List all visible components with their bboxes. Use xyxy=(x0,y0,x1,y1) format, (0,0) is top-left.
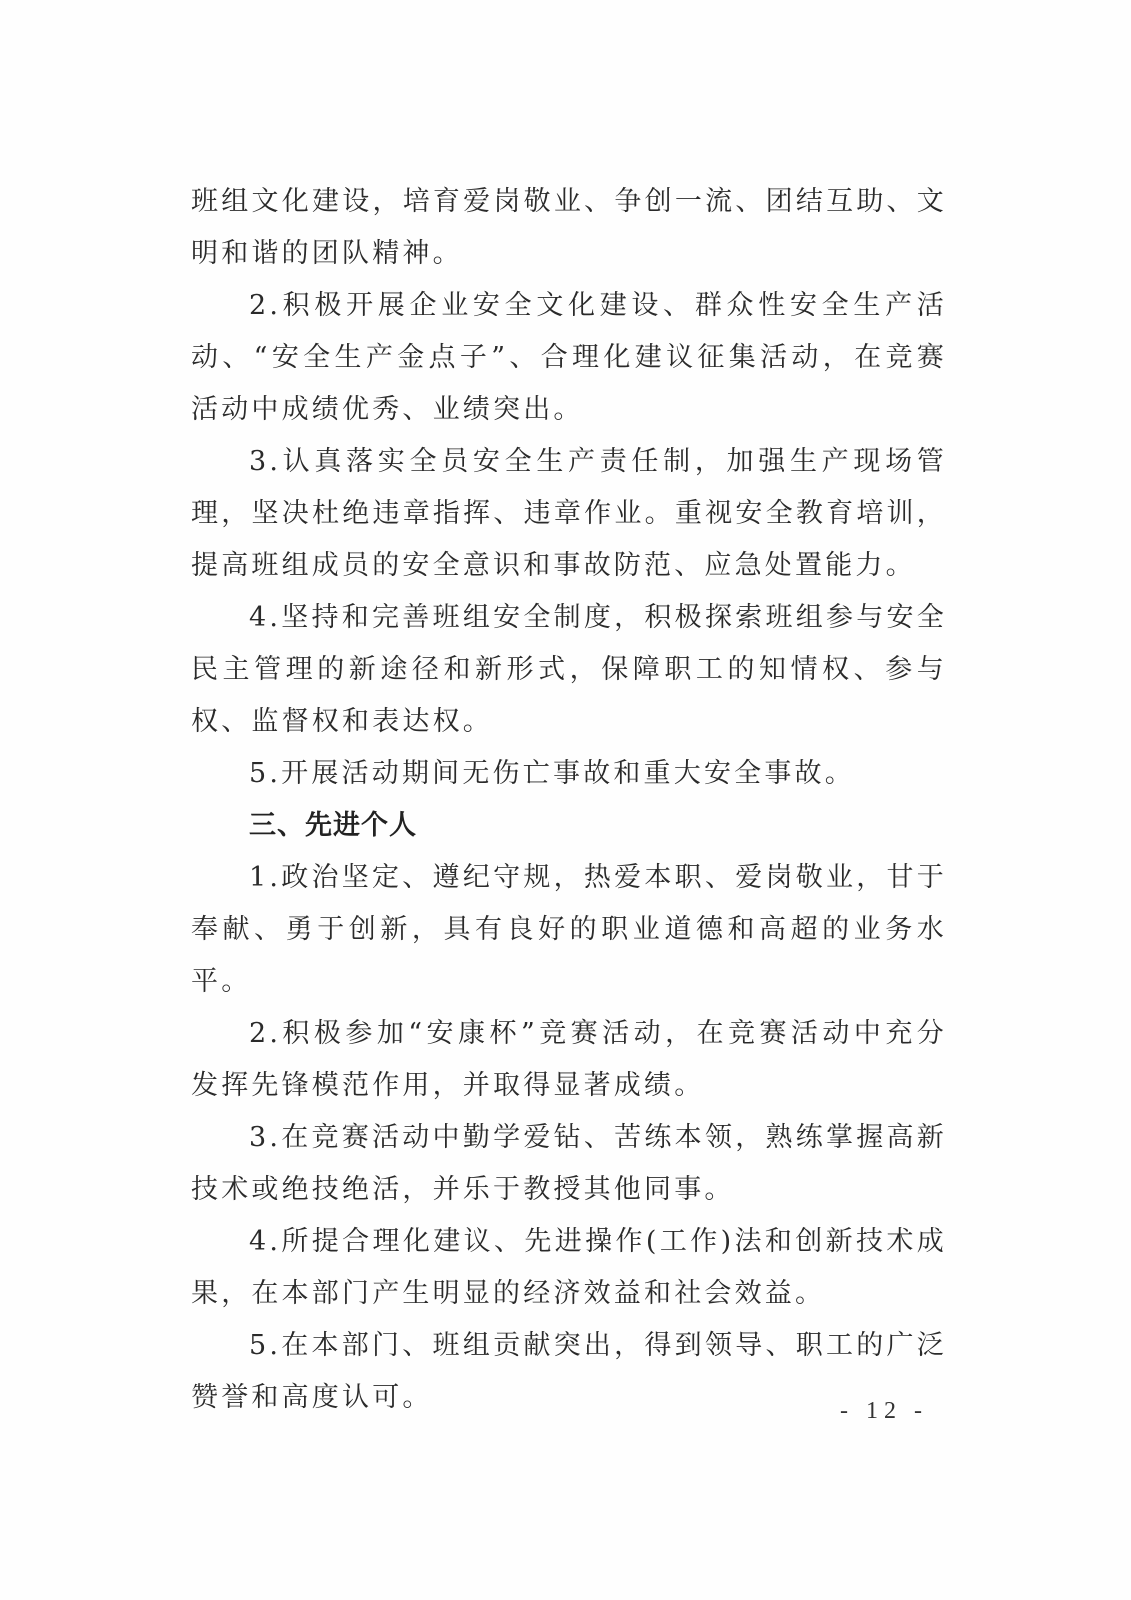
list-item-individual-2: 2.积极参加“安康杯”竞赛活动，在竞赛活动中充分发挥先锋模范作用，并取得显著成绩… xyxy=(191,1008,947,1112)
list-item-individual-3: 3.在竞赛活动中勤学爱钻、苦练本领，熟练掌握高新技术或绝技绝活，并乐于教授其他同… xyxy=(191,1112,947,1216)
paragraph-continuation: 班组文化建设，培育爱岗敬业、争创一流、团结互助、文明和谐的团队精神。 xyxy=(191,176,947,280)
list-item-individual-4: 4.所提合理化建议、先进操作(工作)法和创新技术成果，在本部门产生明显的经济效益… xyxy=(191,1216,947,1320)
list-item-team-4: 4.坚持和完善班组安全制度，积极探索班组参与安全民主管理的新途径和新形式，保障职… xyxy=(191,592,947,748)
document-page: 班组文化建设，培育爱岗敬业、争创一流、团结互助、文明和谐的团队精神。 2.积极开… xyxy=(0,0,1131,1600)
list-item-team-5: 5.开展活动期间无伤亡事故和重大安全事故。 xyxy=(191,748,947,800)
list-item-individual-5: 5.在本部门、班组贡献突出，得到领导、职工的广泛赞誉和高度认可。 xyxy=(191,1320,947,1424)
list-item-individual-1: 1.政治坚定、遵纪守规，热爱本职、爱岗敬业，甘于奉献、勇于创新，具有良好的职业道… xyxy=(191,852,947,1008)
section-heading: 三、先进个人 xyxy=(191,800,947,852)
list-item-team-2: 2.积极开展企业安全文化建设、群众性安全生产活动、“安全生产金点子”、合理化建议… xyxy=(191,280,947,436)
page-number: - 12 - xyxy=(840,1398,928,1425)
body-text: 班组文化建设，培育爱岗敬业、争创一流、团结互助、文明和谐的团队精神。 2.积极开… xyxy=(191,176,947,1424)
list-item-team-3: 3.认真落实全员安全生产责任制，加强生产现场管理，坚决杜绝违章指挥、违章作业。重… xyxy=(191,436,947,592)
